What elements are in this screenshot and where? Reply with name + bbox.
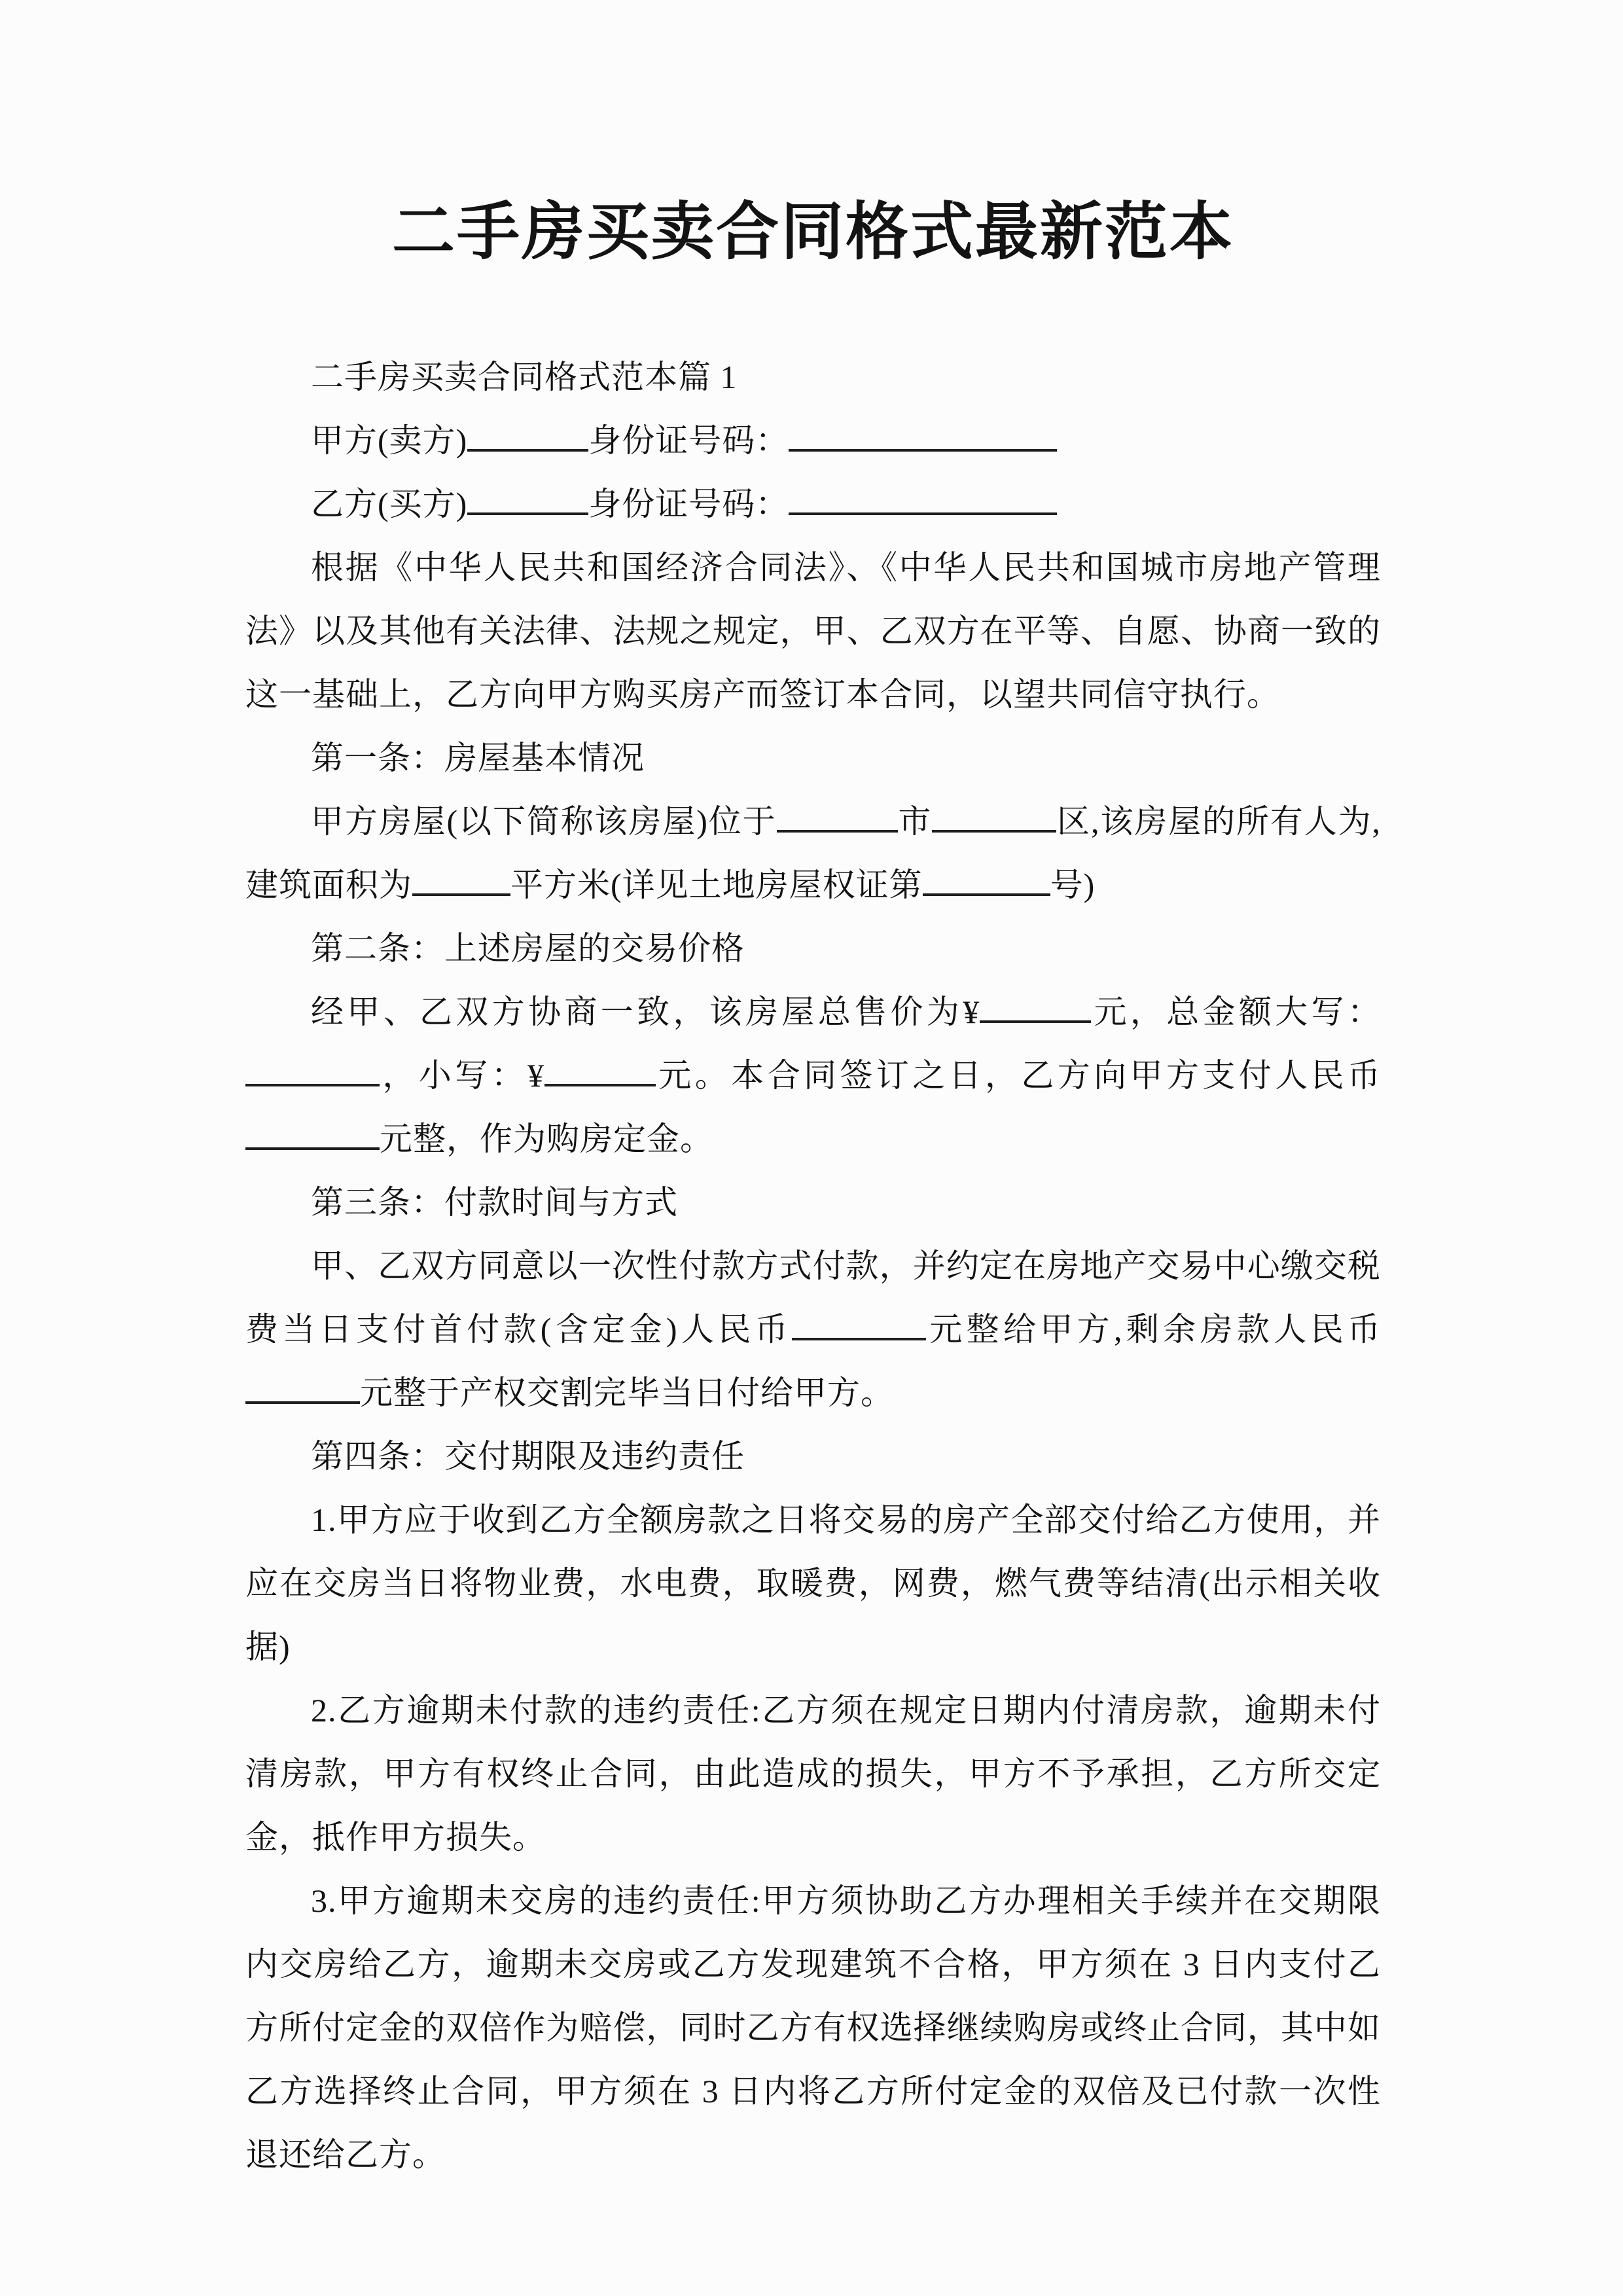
clause-4-item-1: 1.甲方应于收到乙方全额房款之日将交易的房产全部交付给乙方使用，并应在交房当日将… [245, 1488, 1381, 1679]
clause-4-heading: 第四条：交付期限及违约责任 [245, 1425, 1381, 1488]
fill-in-blank [544, 1055, 656, 1086]
document-title: 二手房买卖合同格式最新范本 [245, 193, 1381, 272]
fill-in-blank [777, 801, 898, 833]
text-run: 身份证号码： [588, 486, 789, 522]
fill-in-blank [792, 1309, 926, 1340]
document-body: 二手房买卖合同格式最新范本 二手房买卖合同格式范本篇 1甲方(卖方)身份证号码：… [0, 0, 1623, 2296]
text-run: 元整于产权交割完毕当日付给甲方。 [360, 1374, 894, 1411]
fill-in-blank [412, 865, 510, 896]
text-run: 第一条：房屋基本情况 [311, 740, 645, 776]
text-run: 元。本合同签订之日，乙方向甲方支付人民币 [656, 1057, 1381, 1094]
text-run: 第二条：上述房屋的交易价格 [311, 930, 745, 967]
text-run: 元整给甲方,剩余房款人民币 [926, 1311, 1381, 1348]
text-run: 元整，作为购房定金。 [380, 1121, 713, 1157]
clause-1-heading: 第一条：房屋基本情况 [245, 726, 1381, 790]
fill-in-blank [932, 801, 1056, 833]
clause-3-body: 甲、乙双方同意以一次性付款方式付款，并约定在房地产交易中心缴交税费当日支付首付款… [245, 1234, 1381, 1425]
fill-in-blank [980, 992, 1091, 1023]
text-run: 平方米(详见土地房屋权证第 [510, 867, 923, 903]
fill-in-blank [789, 420, 1057, 452]
clause-2-heading: 第二条：上述房屋的交易价格 [245, 917, 1381, 980]
text-run: 3.甲方逾期未交房的违约责任:甲方须协助乙方办理相关手续并在交期限内交房给乙方，… [245, 1882, 1381, 2173]
clause-4-item-3: 3.甲方逾期未交房的违约责任:甲方须协助乙方办理相关手续并在交期限内交房给乙方，… [245, 1869, 1381, 2187]
text-run: 2.乙方逾期未付款的违约责任:乙方须在规定日期内付清房款，逾期未付清房款，甲方有… [245, 1692, 1381, 1856]
text-run: 第三条：付款时间与方式 [311, 1184, 678, 1221]
party-b-line: 乙方(买方)身份证号码： [245, 473, 1381, 536]
text-run: 号) [1050, 867, 1096, 903]
fill-in-blank [923, 865, 1050, 896]
text-run: 经甲、乙双方协商一致，该房屋总售价为¥ [311, 994, 980, 1030]
fill-in-blank [467, 420, 588, 452]
clause-4-item-2: 2.乙方逾期未付款的违约责任:乙方须在规定日期内付清房款，逾期未付清房款，甲方有… [245, 1679, 1381, 1869]
text-run: 身份证号码： [588, 422, 789, 459]
text-run: 市 [898, 803, 933, 840]
text-run: 甲方(卖方) [311, 422, 467, 459]
clause-3-heading: 第三条：付款时间与方式 [245, 1171, 1381, 1234]
clause-2-body: 经甲、乙双方协商一致，该房屋总售价为¥元，总金额大写：，小写：¥元。本合同签订之… [245, 980, 1381, 1171]
fill-in-blank [245, 1372, 360, 1404]
text-run: 1.甲方应于收到乙方全额房款之日将交易的房产全部交付给乙方使用，并应在交房当日将… [245, 1501, 1381, 1665]
fill-in-blank [245, 1055, 380, 1086]
text-run: 二手房买卖合同格式范本篇 1 [311, 359, 738, 395]
text-run: 元，总金额大写： [1091, 994, 1381, 1030]
preamble: 根据《中华人民共和国经济合同法》、《中华人民共和国城市房地产管理法》以及其他有关… [245, 536, 1381, 726]
party-a-line: 甲方(卖方)身份证号码： [245, 409, 1381, 473]
text-run: 根据《中华人民共和国经济合同法》、《中华人民共和国城市房地产管理法》以及其他有关… [245, 549, 1381, 713]
contract-page: 二手房买卖合同格式最新范本 二手房买卖合同格式范本篇 1甲方(卖方)身份证号码：… [0, 0, 1623, 2296]
fill-in-blank [789, 484, 1057, 515]
text-run: ，小写：¥ [380, 1057, 544, 1094]
fill-in-blank [467, 484, 588, 515]
intro-heading: 二手房买卖合同格式范本篇 1 [245, 346, 1381, 409]
text-run: 第四条：交付期限及违约责任 [311, 1438, 745, 1475]
contract-text: 二手房买卖合同格式范本篇 1甲方(卖方)身份证号码：乙方(买方)身份证号码：根据… [245, 346, 1381, 2187]
text-run: 乙方(买方) [311, 486, 467, 522]
clause-1-body: 甲方房屋(以下简称该房屋)位于市区,该房屋的所有人为,建筑面积为平方米(详见土地… [245, 790, 1381, 917]
fill-in-blank [245, 1119, 380, 1150]
text-run: 甲方房屋(以下简称该房屋)位于 [311, 803, 777, 840]
